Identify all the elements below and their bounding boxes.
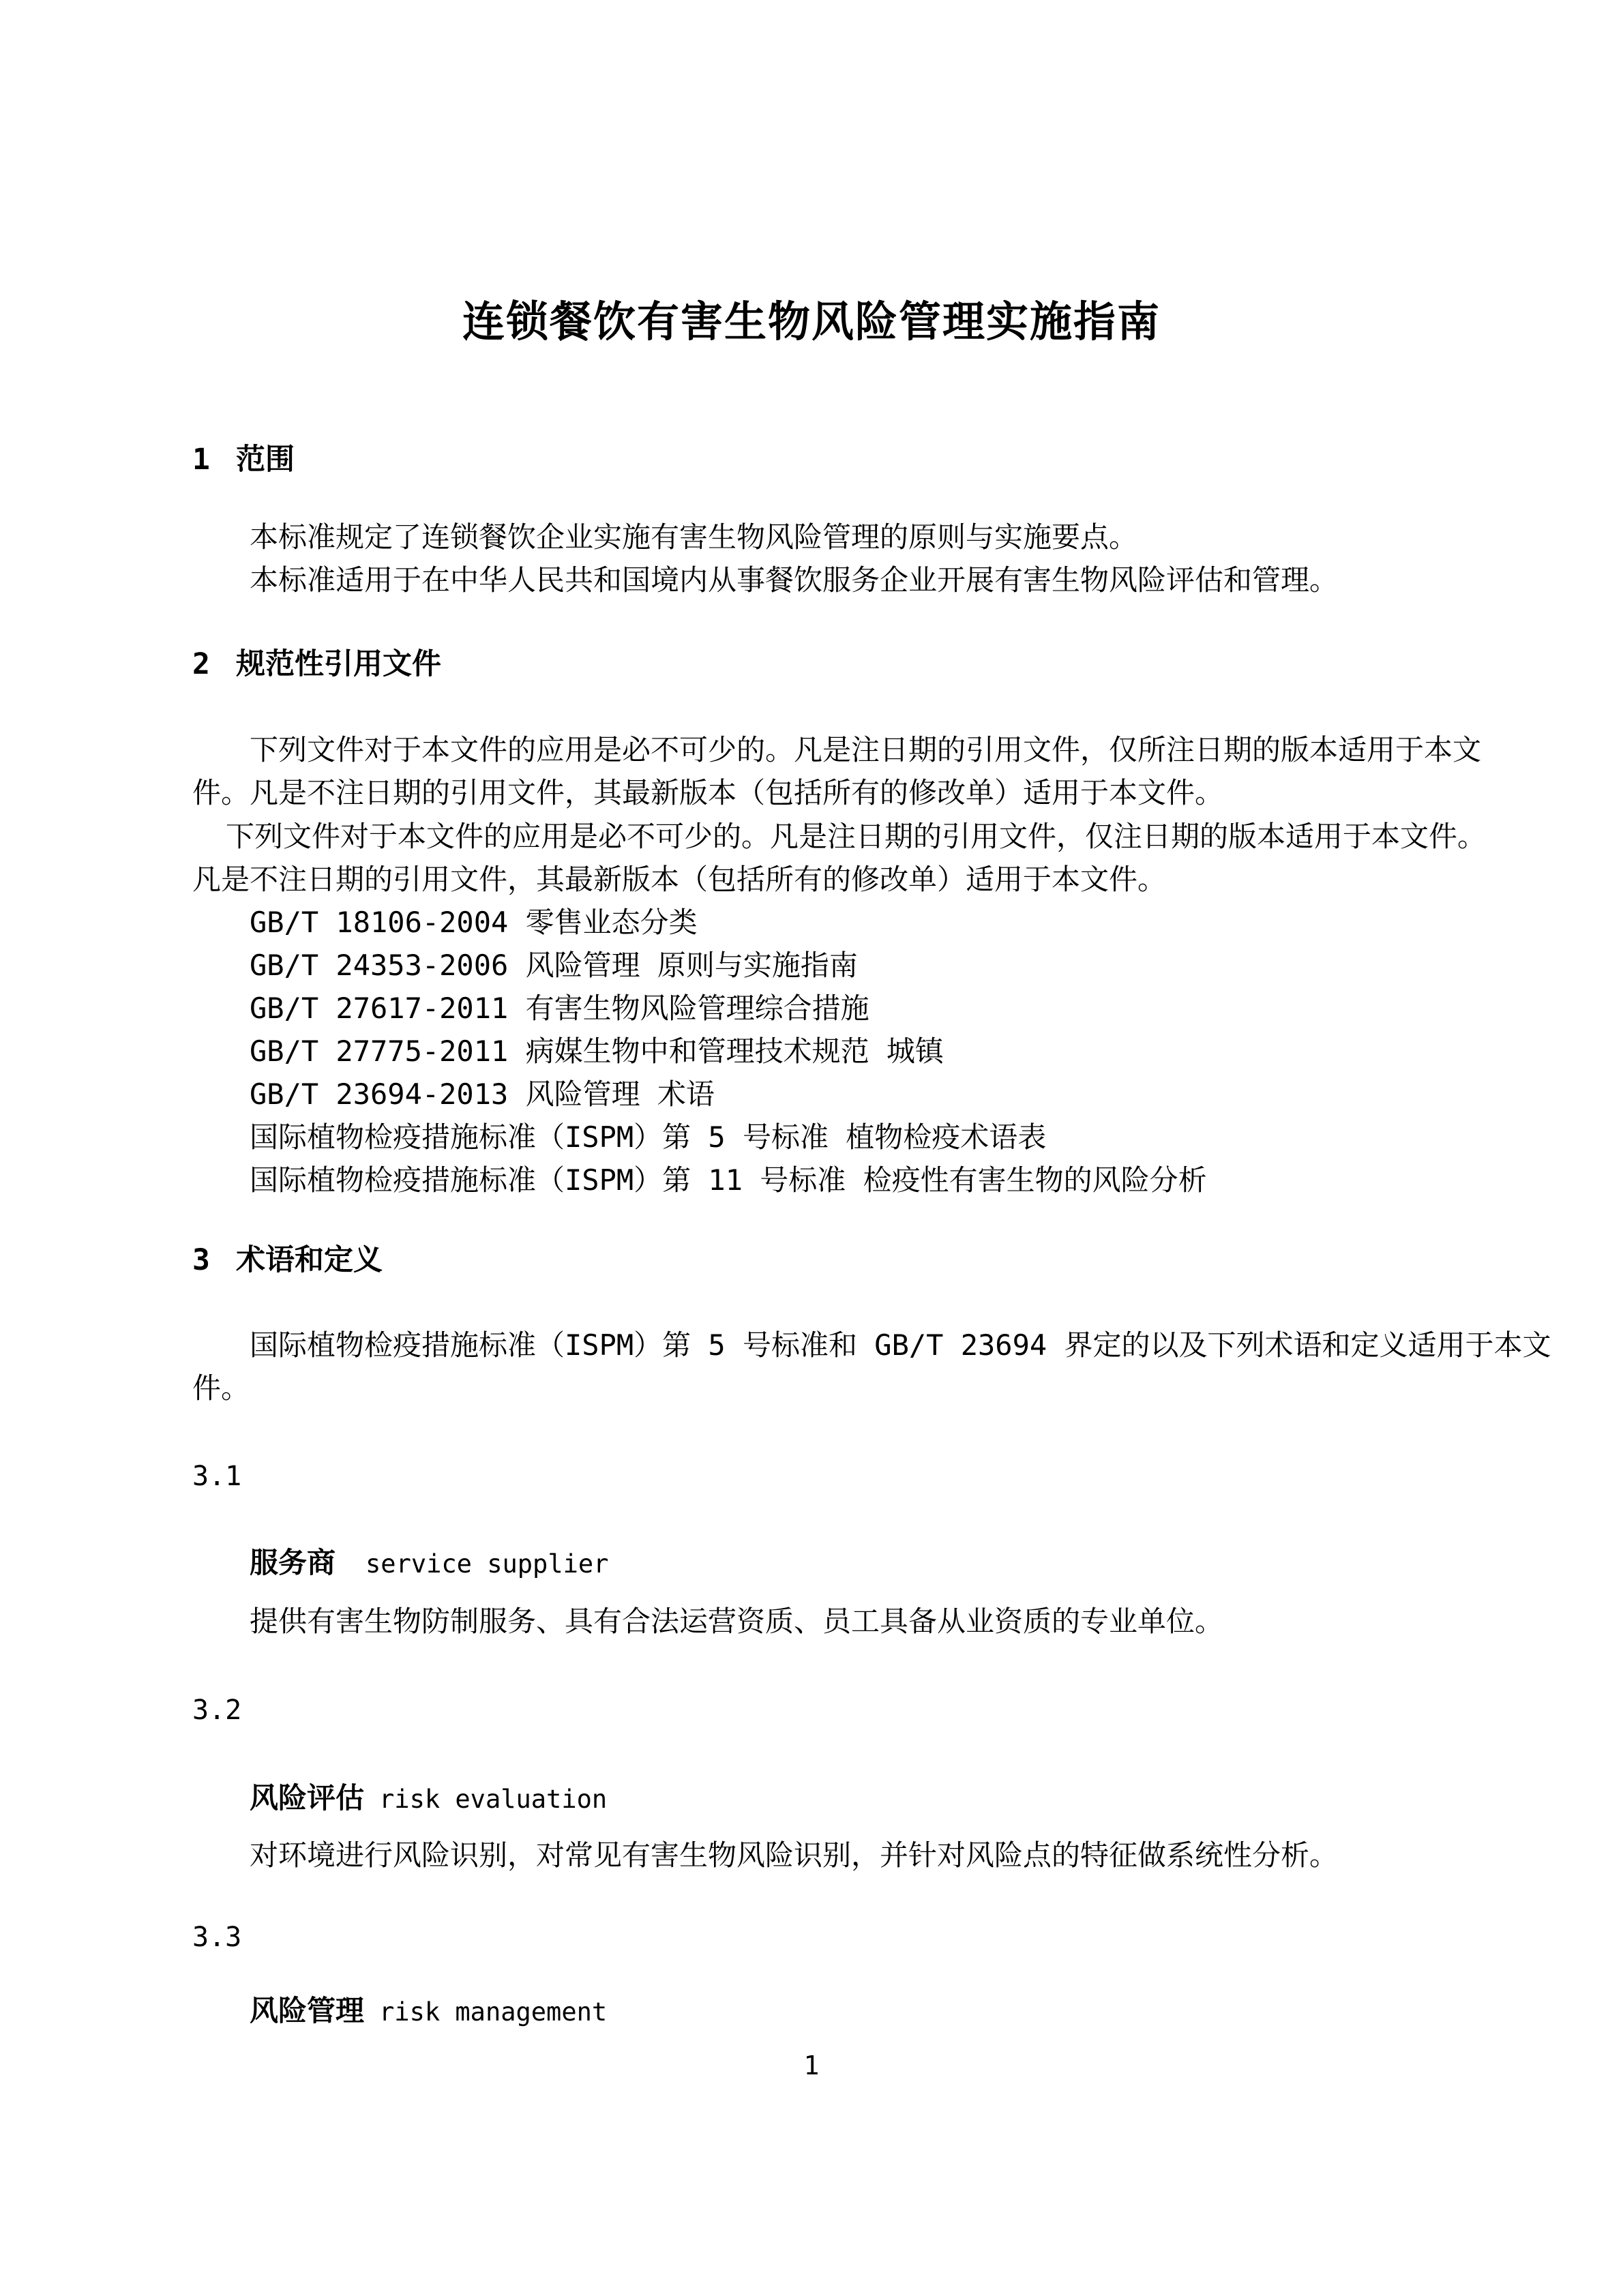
clause-number-3-2: 3.2 <box>192 1693 241 1727</box>
clause-number-3-1: 3.1 <box>192 1459 241 1493</box>
term-zh-service-supplier: 服务商 <box>250 1547 336 1579</box>
clause-number-3-3: 3.3 <box>192 1920 241 1954</box>
section-1-heading-text: 范围 <box>236 443 295 476</box>
normative-refs-paragraph-2-line-2: 凡是不注日期的引用文件，其最新版本（包括所有的修改单）适用于本文件。 <box>192 862 1166 897</box>
scope-paragraph-2: 本标准适用于在中华人民共和国境内从事餐饮服务企业开展有害生物风险评估和管理。 <box>250 563 1338 598</box>
term-risk-management: 风险管理risk management <box>250 1988 607 2029</box>
terms-intro-line-2: 件。 <box>192 1371 250 1406</box>
term-zh-risk-management: 风险管理 <box>250 1995 364 2027</box>
page-number: 1 <box>0 2049 1623 2082</box>
section-3-heading: 3术语和定义 <box>192 1242 383 1278</box>
term-en-risk-management: risk management <box>379 1997 607 2027</box>
document-title: 连锁餐饮有害生物风险管理实施指南 <box>0 299 1623 346</box>
reference-item: GB/T 18106-2004 零售业态分类 <box>250 905 698 940</box>
section-3-number: 3 <box>192 1242 236 1278</box>
definition-risk-evaluation: 对环境进行风险识别，对常见有害生物风险识别，并针对风险点的特征做系统性分析。 <box>250 1838 1338 1873</box>
term-service-supplier: 服务商service supplier <box>250 1540 608 1581</box>
section-2-heading: 2规范性引用文件 <box>192 646 441 682</box>
section-2-heading-text: 规范性引用文件 <box>236 648 441 681</box>
reference-item: GB/T 24353-2006 风险管理 原则与实施指南 <box>250 948 858 983</box>
document-page: 连锁餐饮有害生物风险管理实施指南 1范围 本标准规定了连锁餐饮企业实施有害生物风… <box>0 0 1623 2296</box>
reference-item: GB/T 27775-2011 病媒生物中和管理技术规范 城镇 <box>250 1034 944 1069</box>
section-1-number: 1 <box>192 442 236 477</box>
reference-item: 国际植物检疫措施标准（ISPM）第 5 号标准 植物检疫术语表 <box>250 1120 1046 1155</box>
term-en-service-supplier: service supplier <box>366 1549 608 1579</box>
terms-intro-line-1: 国际植物检疫措施标准（ISPM）第 5 号标准和 GB/T 23694 界定的以… <box>250 1328 1551 1363</box>
term-en-risk-evaluation: risk evaluation <box>379 1785 607 1814</box>
reference-item: GB/T 23694-2013 风险管理 术语 <box>250 1077 715 1112</box>
term-zh-risk-evaluation: 风险评估 <box>250 1782 364 1814</box>
section-2-number: 2 <box>192 646 236 682</box>
normative-refs-paragraph-1-line-1: 下列文件对于本文件的应用是必不可少的。凡是注日期的引用文件，仅所注日期的版本适用… <box>250 732 1481 768</box>
normative-refs-paragraph-1-line-2: 件。凡是不注日期的引用文件，其最新版本（包括所有的修改单）适用于本文件。 <box>192 775 1223 811</box>
section-1-heading: 1范围 <box>192 442 295 477</box>
reference-item: GB/T 27617-2011 有害生物风险管理综合措施 <box>250 991 869 1026</box>
section-3-heading-text: 术语和定义 <box>236 1244 383 1277</box>
definition-service-supplier: 提供有害生物防制服务、具有合法运营资质、员工具备从业资质的专业单位。 <box>250 1604 1223 1639</box>
reference-item: 国际植物检疫措施标准（ISPM）第 11 号标准 检疫性有害生物的风险分析 <box>250 1163 1207 1198</box>
normative-refs-paragraph-2-line-1: 下列文件对于本文件的应用是必不可少的。凡是注日期的引用文件，仅注日期的版本适用于… <box>226 819 1486 854</box>
scope-paragraph-1: 本标准规定了连锁餐饮企业实施有害生物风险管理的原则与实施要点。 <box>250 520 1137 555</box>
term-risk-evaluation: 风险评估risk evaluation <box>250 1776 607 1817</box>
